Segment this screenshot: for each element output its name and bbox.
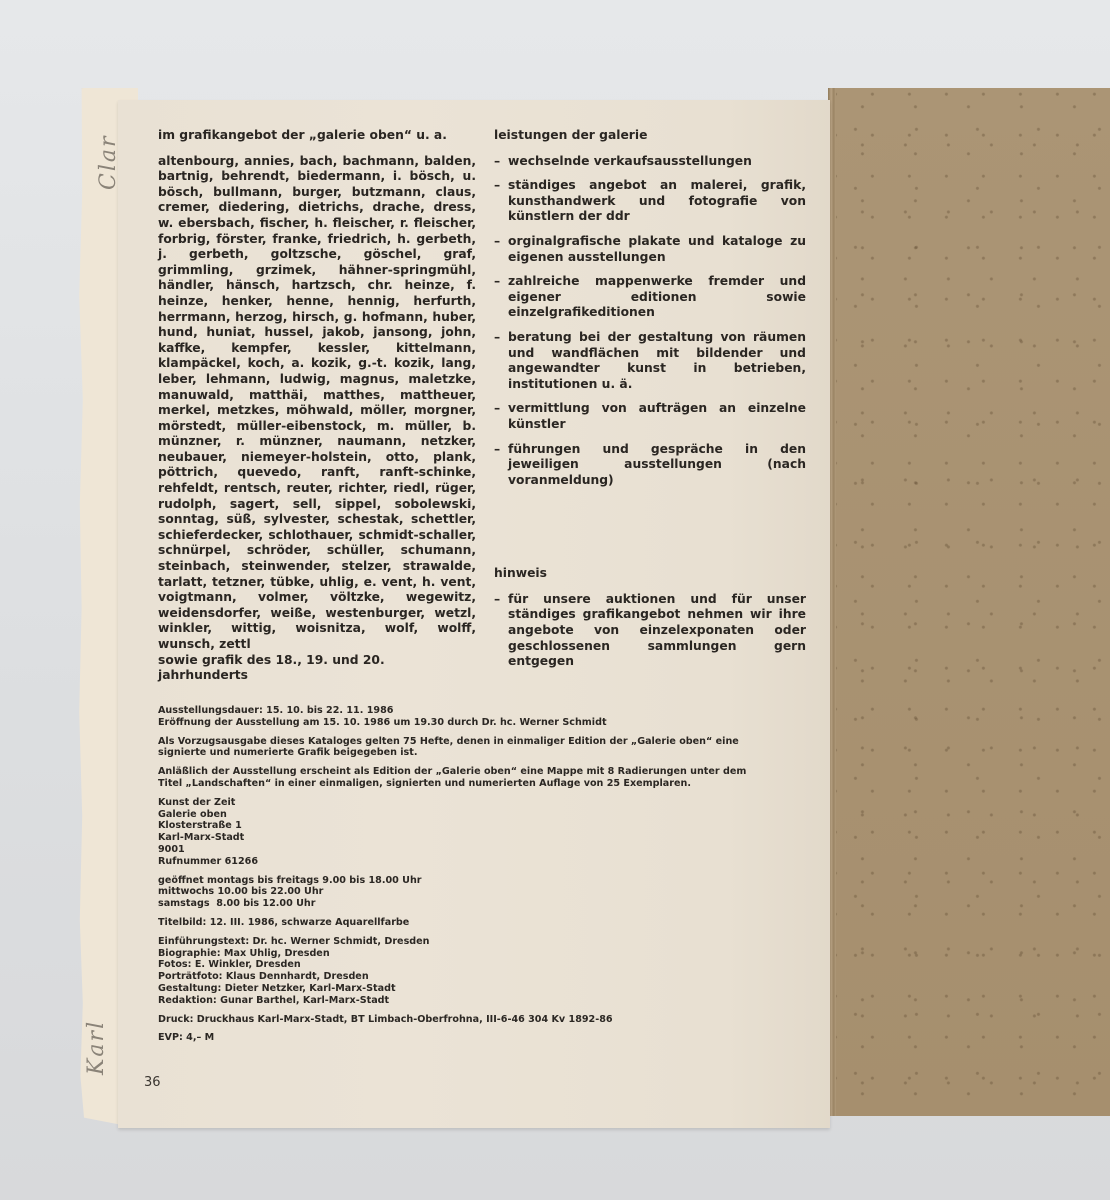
portfolio-note: Anläßlich der Ausstellung erscheint als …	[158, 766, 788, 790]
brown-back-cover	[828, 88, 1110, 1116]
artist-list: altenbourg, annies, bach, bachmann, bald…	[158, 154, 476, 653]
page-number: 36	[144, 1075, 161, 1090]
services-column: leistungen der galerie wechselnde verkau…	[494, 128, 806, 679]
credits: Einführungstext: Dr. hc. Werner Schmidt,…	[158, 936, 788, 1007]
cover-image-credit: Titelbild: 12. III. 1986, schwarze Aquar…	[158, 917, 788, 929]
service-item: orginalgrafische plakate und kataloge zu…	[494, 234, 806, 265]
service-item: ständiges angebot an malerei, grafik, ku…	[494, 178, 806, 225]
gallery-address: Kunst der Zeit Galerie oben Klosterstraß…	[158, 797, 788, 868]
note-list: für unsere auktionen und für unser ständ…	[494, 592, 806, 670]
service-item: führungen und gespräche in den jeweilige…	[494, 442, 806, 489]
imprint-section: Ausstellungsdauer: 15. 10. bis 22. 11. 1…	[158, 705, 788, 1051]
note-heading: hinweis	[494, 566, 806, 582]
print-info: Druck: Druckhaus Karl-Marx-Stadt, BT Lim…	[158, 1014, 788, 1026]
preferred-edition-note: Als Vorzugsausgabe dieses Kataloges gelt…	[158, 736, 788, 760]
pencil-annotation-bottom: Karl	[84, 1020, 109, 1075]
service-item: vermittlung von aufträgen an einzelne kü…	[494, 401, 806, 432]
opening-hours: geöffnet montags bis freitags 9.00 bis 1…	[158, 875, 788, 910]
service-item: wechselnde verkaufsausstellungen	[494, 154, 806, 170]
service-item: beratung bei der gestaltung von räumen u…	[494, 330, 806, 392]
services-list: wechselnde verkaufsausstellungen ständig…	[494, 154, 806, 489]
exhibition-dates: Ausstellungsdauer: 15. 10. bis 22. 11. 1…	[158, 705, 788, 729]
artist-column: im grafikangebot der „galerie oben“ u. a…	[158, 128, 476, 684]
artist-list-heading: im grafikangebot der „galerie oben“ u. a…	[158, 128, 476, 144]
services-heading: leistungen der galerie	[494, 128, 806, 144]
service-item: zahlreiche mappenwerke fremder und eigen…	[494, 274, 806, 321]
artist-list-footer: sowie grafik des 18., 19. und 20. jahrhu…	[158, 653, 476, 684]
price: EVP: 4,– M	[158, 1032, 788, 1044]
catalog-page: im grafikangebot der „galerie oben“ u. a…	[118, 100, 830, 1128]
note-item: für unsere auktionen und für unser ständ…	[494, 592, 806, 670]
